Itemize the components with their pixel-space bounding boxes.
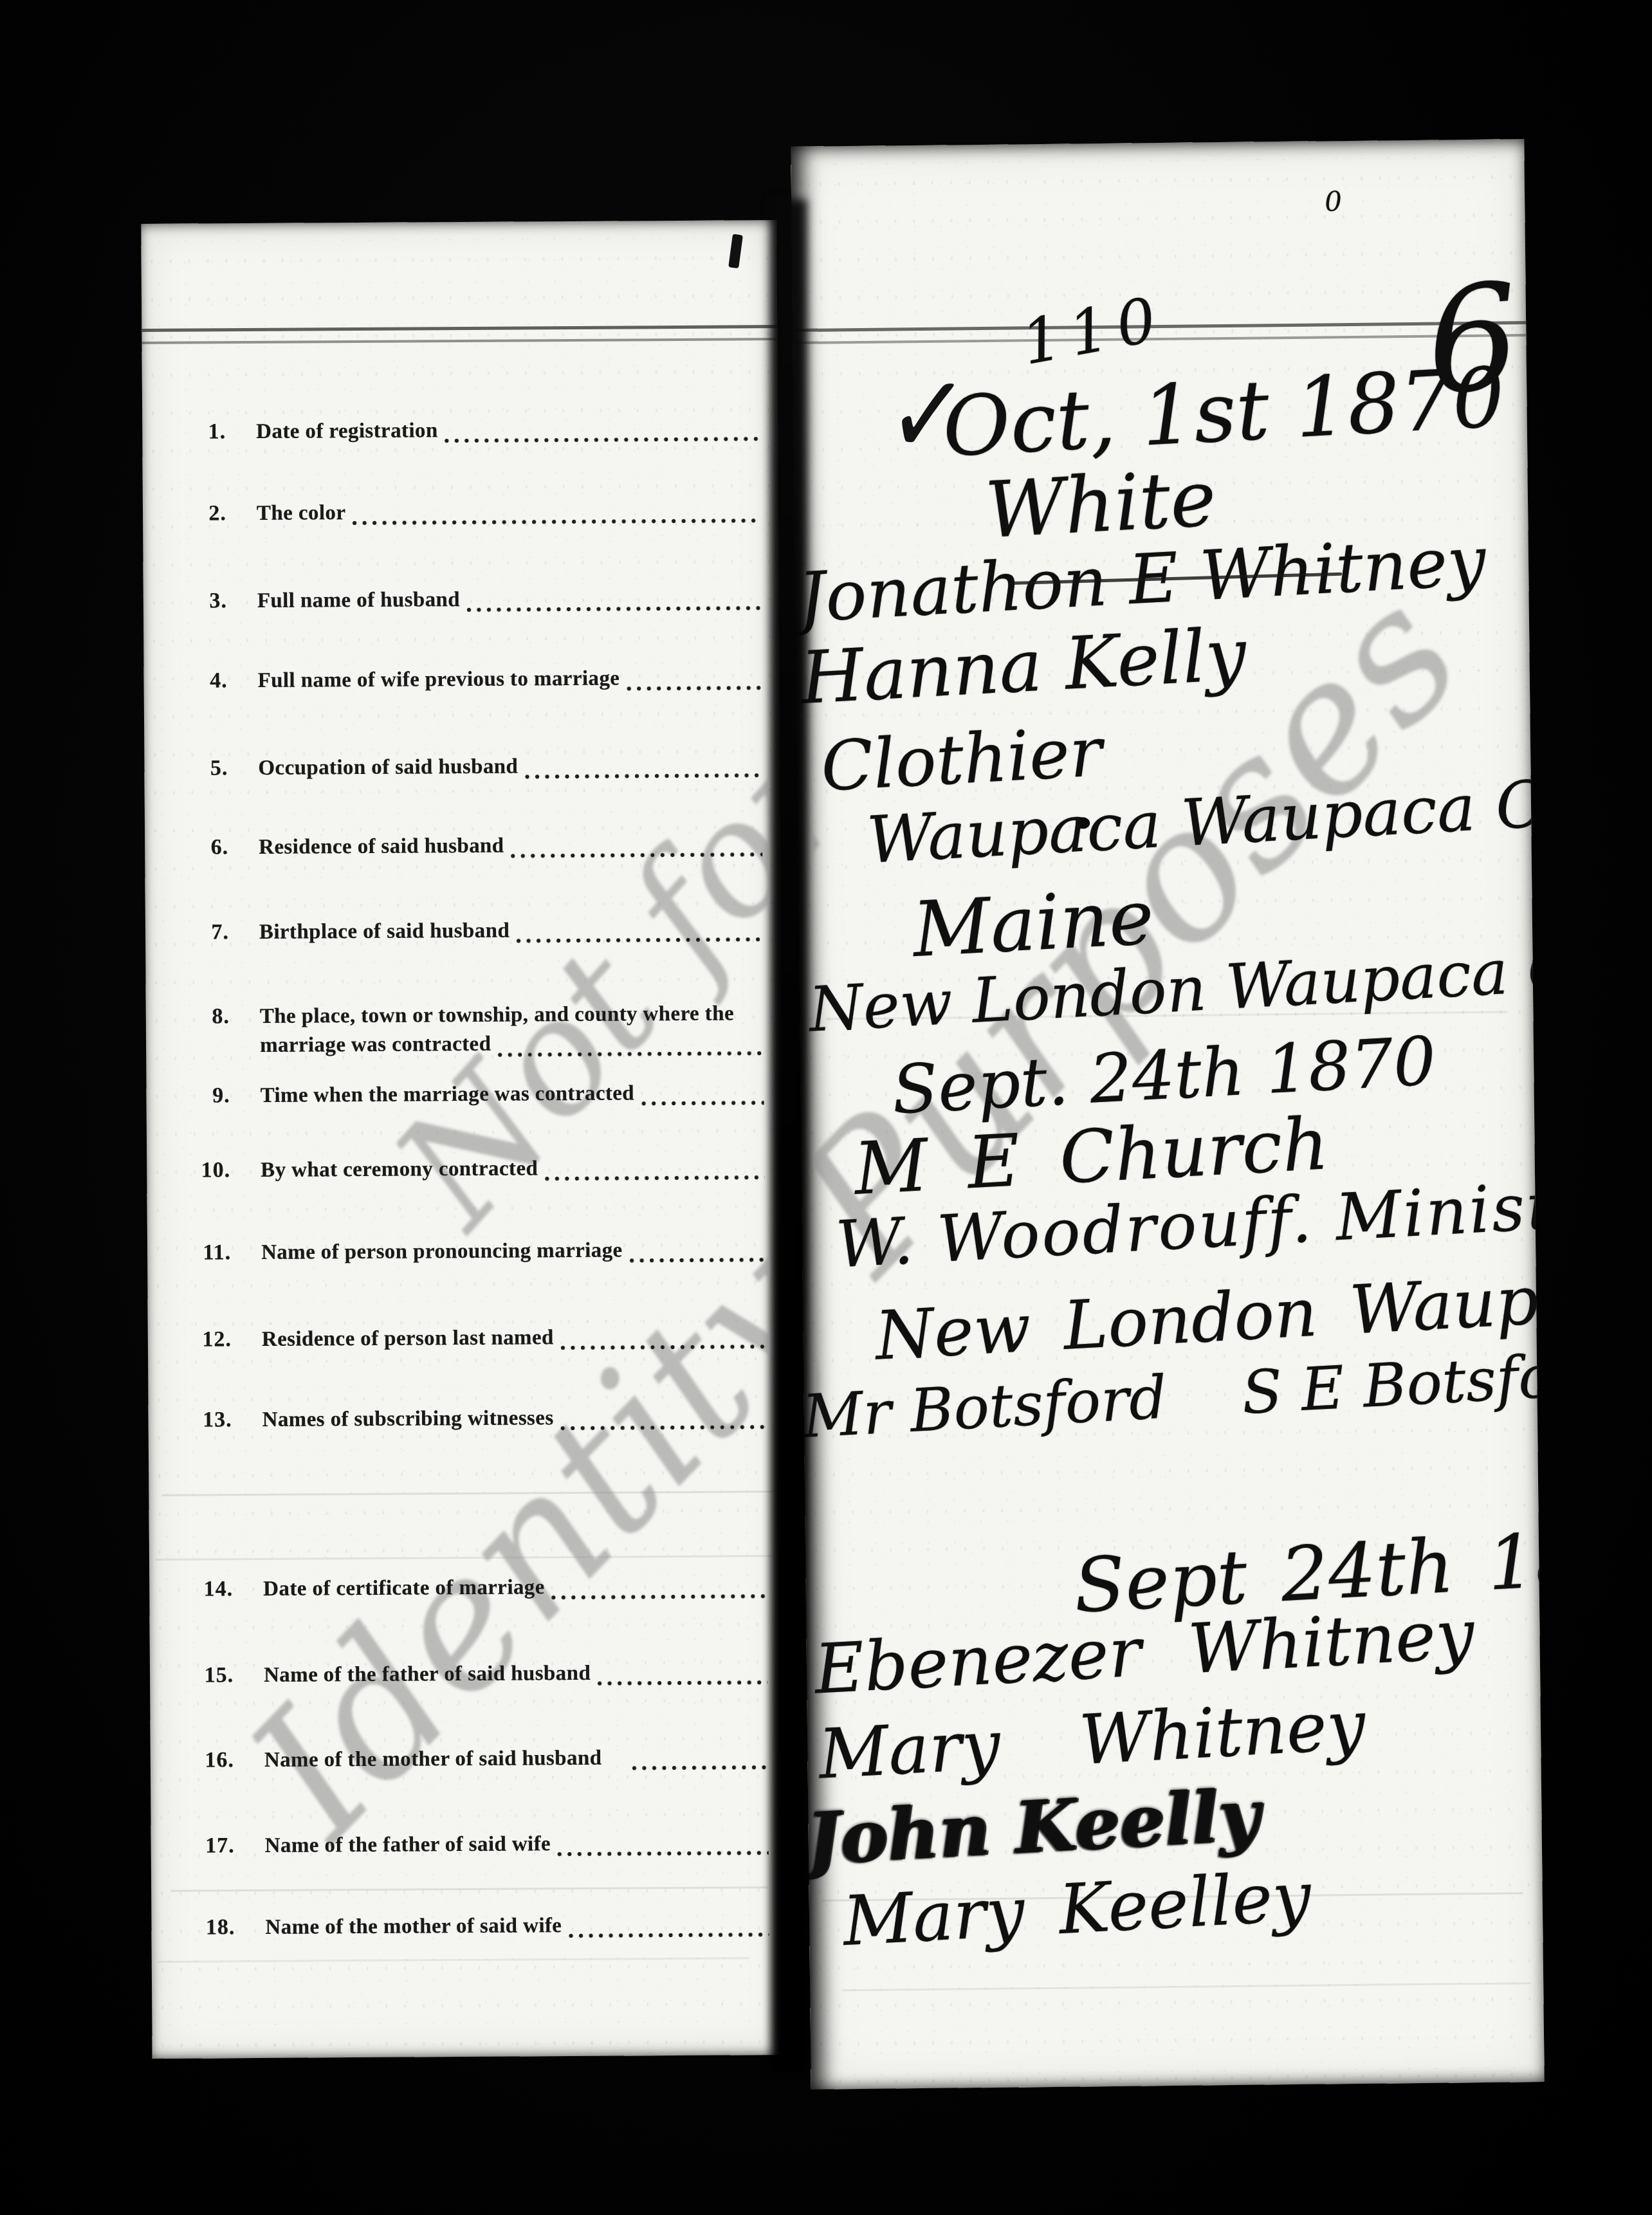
form-row-number: 7.: [190, 920, 229, 944]
entry-registration-date: Oct, 1st 1870: [941, 349, 1507, 475]
form-row-number: 8.: [191, 1004, 230, 1029]
form-row-number: 12.: [193, 1327, 232, 1352]
scanned-marriage-record: 1. Date of registration 2. The color 3. …: [0, 0, 1652, 2215]
faint-rule-line: [158, 1957, 749, 1963]
dotted-leader: [641, 1099, 764, 1107]
form-row-number: 17.: [196, 1834, 235, 1858]
form-row-label: Occupation of said husband: [258, 755, 518, 780]
entry-husband-father: Ebenezer Whitney: [812, 1594, 1476, 1709]
form-row-number: 3.: [188, 589, 227, 613]
form-row-number: 16.: [196, 1748, 234, 1772]
form-row-label: Birthplace of said husband: [259, 919, 509, 944]
faint-rule-line: [842, 1982, 1530, 1991]
scratch-line: [142, 325, 777, 332]
form-row-number: 11.: [192, 1240, 231, 1265]
form-row-17: 17. Name of the father of said wife: [196, 1830, 770, 1863]
form-row-label: Name of the father of said wife: [265, 1832, 551, 1858]
form-row-2: 2. The color: [188, 498, 762, 531]
dotted-leader: [445, 436, 760, 444]
form-row-number: 5.: [189, 756, 228, 780]
form-row-label: Residence of said husband: [259, 834, 504, 859]
dotted-leader: [597, 1679, 767, 1687]
stray-zero-mark: 0: [1324, 185, 1343, 217]
form-row-4: 4. Full name of wife previous to marriag…: [189, 665, 763, 698]
form-row-number: 15.: [195, 1663, 234, 1687]
dotted-leader: [352, 517, 760, 526]
dotted-leader: [631, 1764, 768, 1771]
dotted-leader: [568, 1931, 769, 1939]
form-row-label: The color: [257, 501, 346, 526]
page-number: 110: [1016, 283, 1171, 379]
faint-rule-line: [170, 1886, 767, 1892]
form-row-number: 4.: [189, 668, 228, 693]
form-row-1: 1. Date of registration: [187, 416, 761, 449]
form-row-number: 14.: [194, 1577, 233, 1601]
stray-ink-mark: [728, 234, 743, 269]
dotted-leader: [626, 685, 761, 692]
form-row-label: Residence of person last named: [262, 1326, 554, 1352]
form-row-3: 3. Full name of husband: [188, 585, 762, 618]
form-row-number: 13.: [194, 1408, 232, 1432]
form-row-number: 18.: [196, 1915, 235, 1940]
form-row-number: 10.: [192, 1158, 230, 1182]
scratch-line: [142, 338, 777, 344]
form-row-number: 2.: [188, 501, 226, 526]
form-row-label: Name of the mother of said wife: [265, 1914, 562, 1940]
form-row-label: Name of person pronouncing marriage: [261, 1239, 623, 1265]
form-row-number: 9.: [191, 1083, 230, 1108]
form-row-18: 18. Name of the mother of said wife: [196, 1912, 770, 1945]
form-row-label: Full name of wife previous to marriage: [258, 667, 620, 693]
dotted-leader: [544, 1174, 764, 1182]
form-row-5: 5. Occupation of said husband: [189, 753, 763, 786]
form-row-number: 1.: [187, 419, 226, 444]
form-row-label: Full name of husband: [257, 588, 460, 613]
dotted-leader: [466, 605, 761, 613]
form-row-label: Date of registration: [256, 419, 438, 444]
dotted-leader: [557, 1850, 769, 1857]
form-row-number: 6.: [190, 835, 228, 859]
